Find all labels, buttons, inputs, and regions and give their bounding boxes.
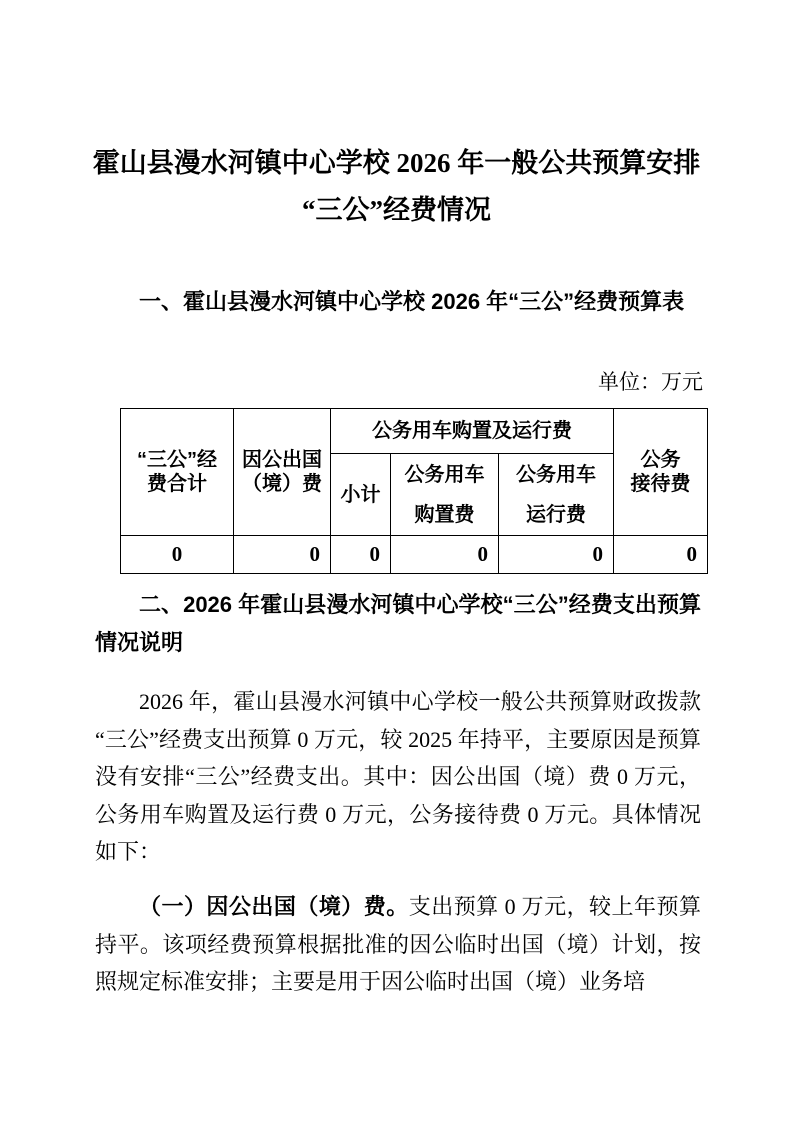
document-title: 霍山县漫水河镇中心学校 2026 年一般公共预算安排 “三公”经费情况 (40, 140, 753, 234)
sangong-budget-table: “三公”经 费合计 因公出国 （境）费 公务用车购置及运行费 公务 接待费 小计… (120, 408, 708, 574)
header-sangong-total: “三公”经 费合计 (121, 409, 234, 536)
paragraph-abroad-fee-lead: （一）因公出国（境）费。 (139, 894, 409, 919)
value-subtotal: 0 (331, 536, 391, 574)
unit-label: 单位：万元 (95, 363, 703, 401)
value-vehicle-operation: 0 (499, 536, 614, 574)
paragraph-abroad-fee-detail: （一）因公出国（境）费。支出预算 0 万元，较上年预算持平。该项经费预算根据批准… (95, 888, 701, 1001)
document-page: 霍山县漫水河镇中心学校 2026 年一般公共预算安排 “三公”经费情况 一、霍山… (0, 0, 793, 1122)
header-subtotal: 小计 (331, 454, 391, 536)
section-1-heading: 一、霍山县漫水河镇中心学校 2026 年“三公”经费预算表 (95, 283, 701, 321)
document-title-line-2: “三公”经费情况 (40, 187, 753, 234)
section-2-heading: 二、2026 年霍山县漫水河镇中心学校“三公”经费支出预算情况说明 (95, 586, 701, 662)
table-value-row: 0 0 0 0 0 0 (121, 536, 708, 574)
document-title-line-1: 霍山县漫水河镇中心学校 2026 年一般公共预算安排 (40, 140, 753, 187)
header-reception-fee: 公务 接待费 (614, 409, 708, 536)
table-header-row-1: “三公”经 费合计 因公出国 （境）费 公务用车购置及运行费 公务 接待费 (121, 409, 708, 454)
value-abroad-fee: 0 (234, 536, 331, 574)
paragraph-budget-summary: 2026 年，霍山县漫水河镇中心学校一般公共预算财政拨款“三公”经费支出预算 0… (95, 683, 701, 871)
header-vehicle-group: 公务用车购置及运行费 (331, 409, 614, 454)
header-abroad-fee: 因公出国 （境）费 (234, 409, 331, 536)
header-vehicle-operation: 公务用车 运行费 (499, 454, 614, 536)
header-vehicle-purchase: 公务用车 购置费 (391, 454, 499, 536)
value-vehicle-purchase: 0 (391, 536, 499, 574)
value-sangong-total: 0 (121, 536, 234, 574)
value-reception-fee: 0 (614, 536, 708, 574)
